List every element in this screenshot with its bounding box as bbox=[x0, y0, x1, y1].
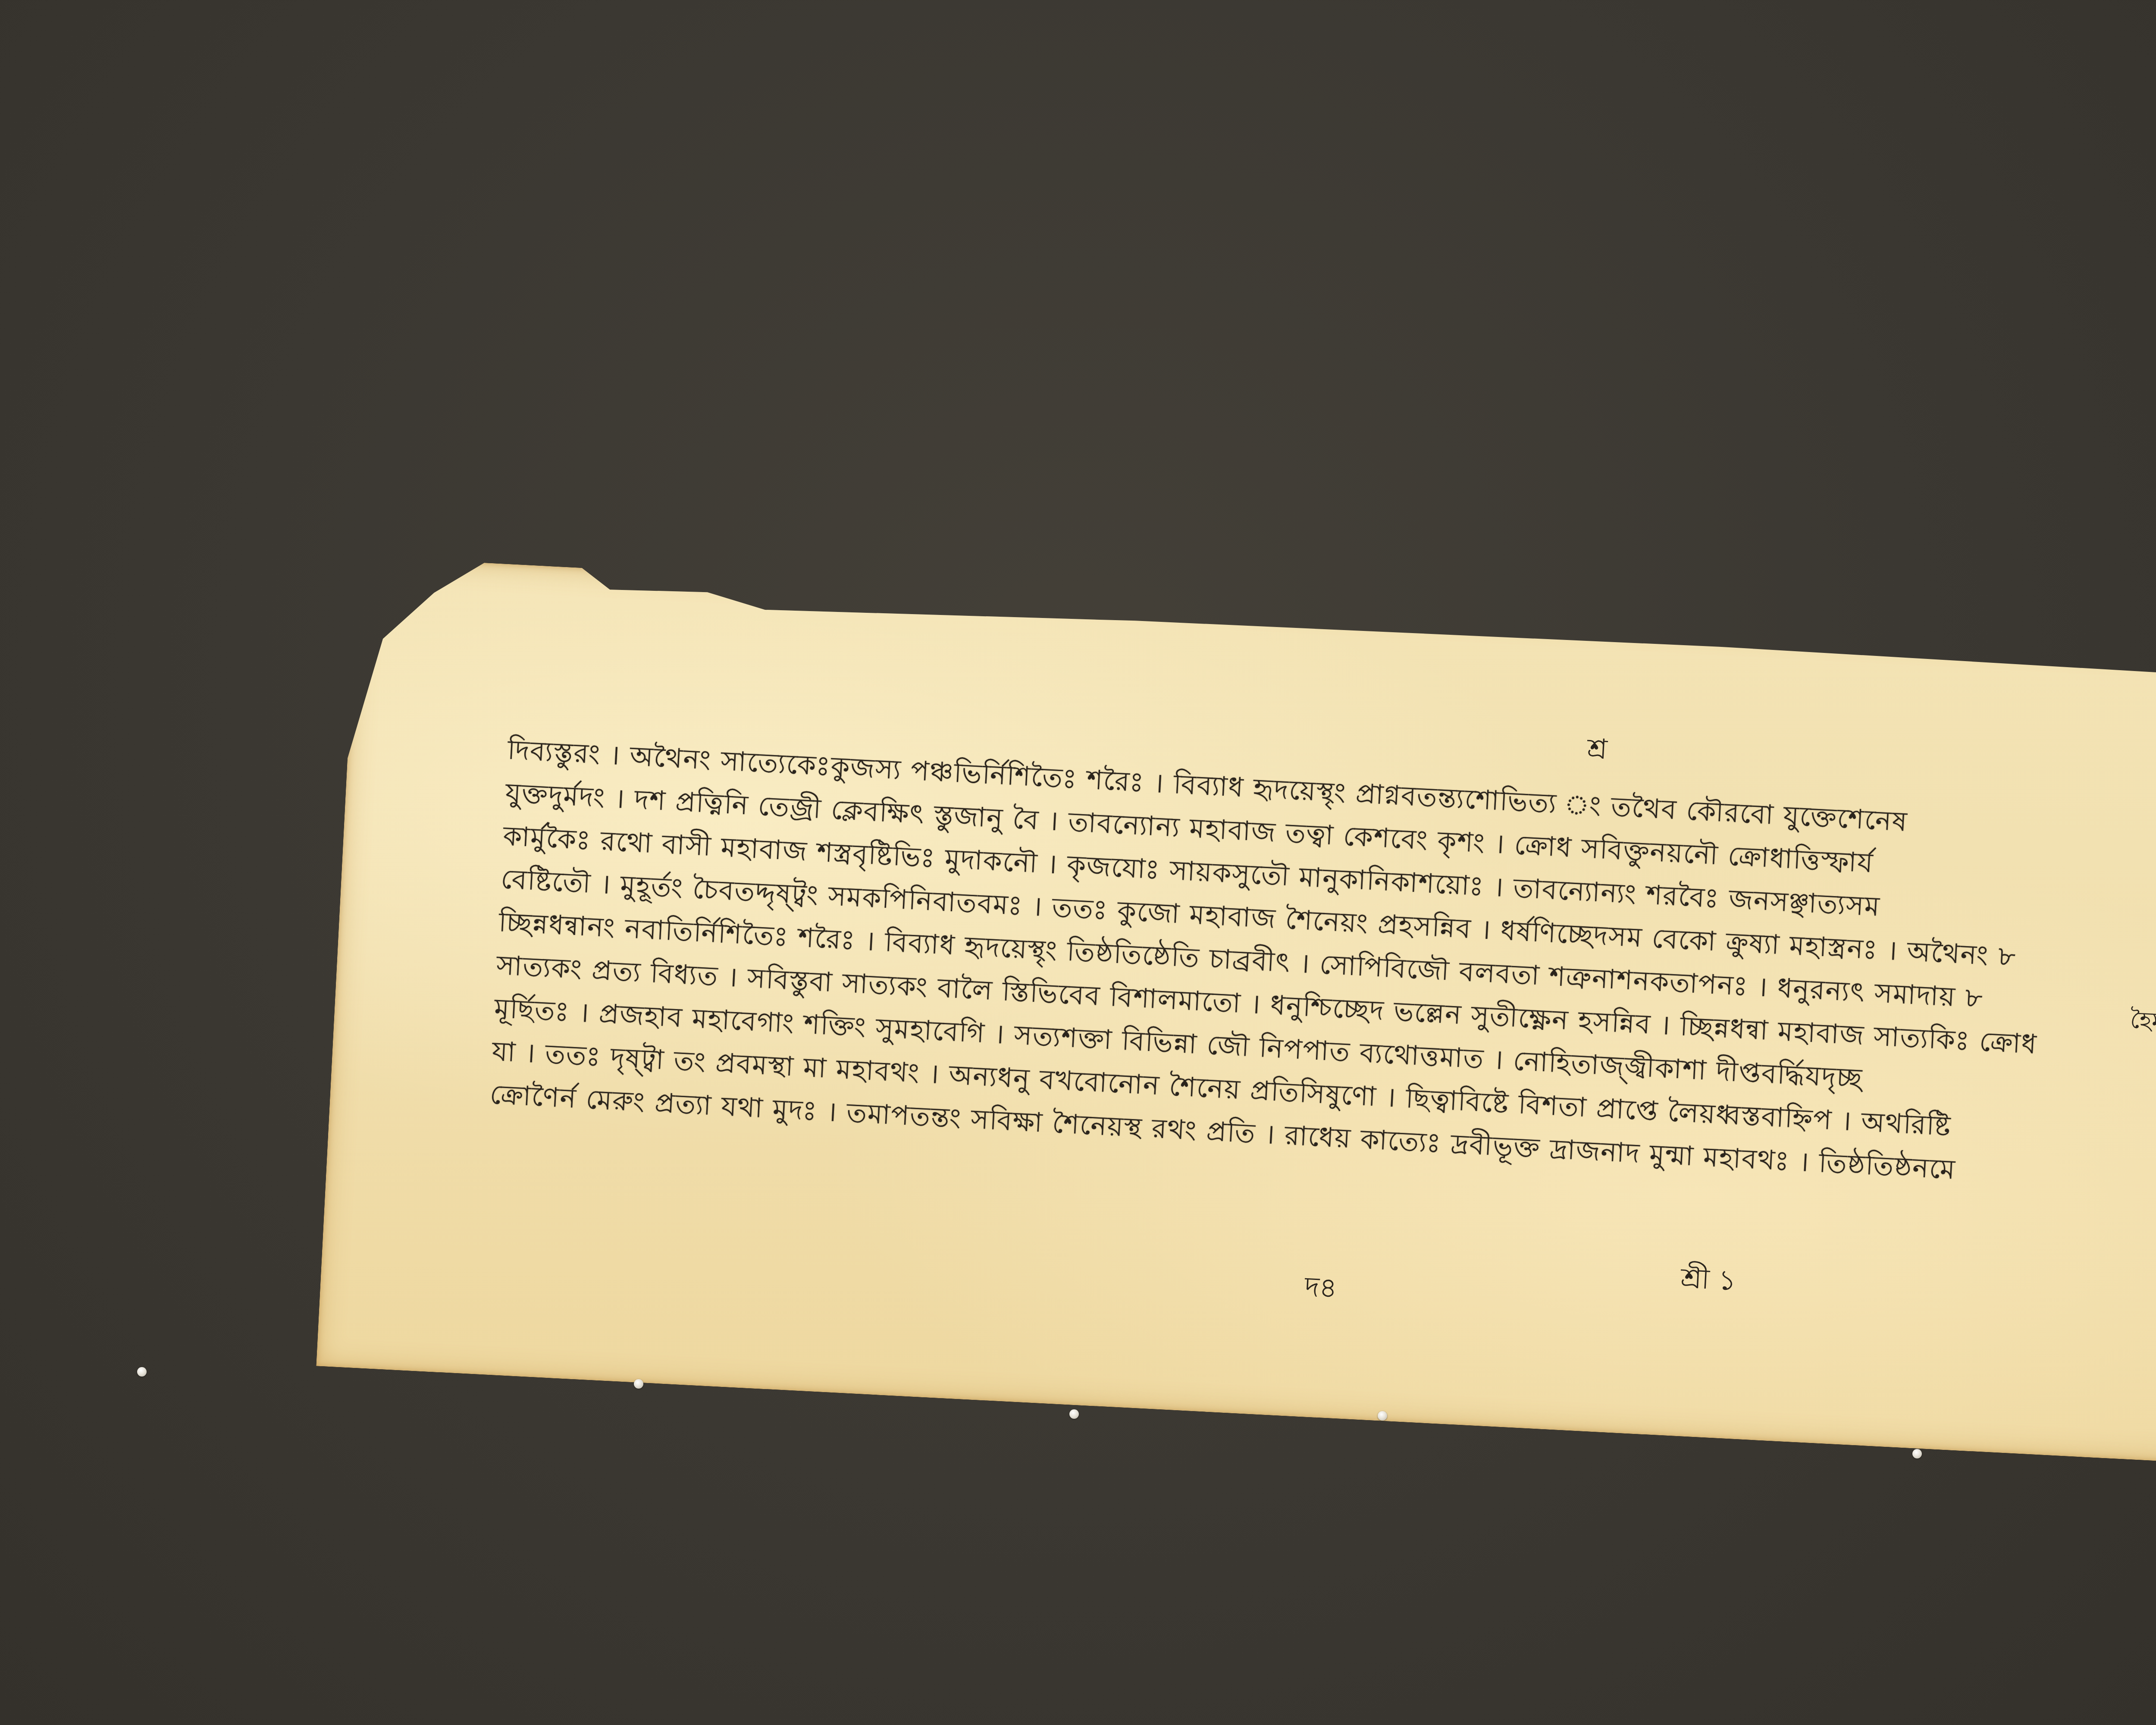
pin bbox=[137, 1367, 147, 1377]
right-margin-note: হৈমন্ড bbox=[2129, 1002, 2156, 1043]
folio-number-center: দ৪ bbox=[1304, 1266, 1338, 1314]
manuscript-text: দিব্যস্তুরং । অথৈনং সাত্যেকেঃকুজস্য পঞ্চ… bbox=[489, 728, 2156, 1204]
pin bbox=[1378, 1411, 1387, 1421]
folio-number-right: শ্রী ১ bbox=[1680, 1257, 1737, 1306]
pin bbox=[1069, 1409, 1079, 1419]
superscript-annotation: শ্র bbox=[1586, 728, 1608, 775]
manuscript-leaf: শ্র দিব্যস্তুরং । অথৈনং সাত্যেকেঃকুজস্য … bbox=[316, 556, 2156, 1466]
pin bbox=[634, 1379, 643, 1389]
pin bbox=[1912, 1449, 1922, 1458]
